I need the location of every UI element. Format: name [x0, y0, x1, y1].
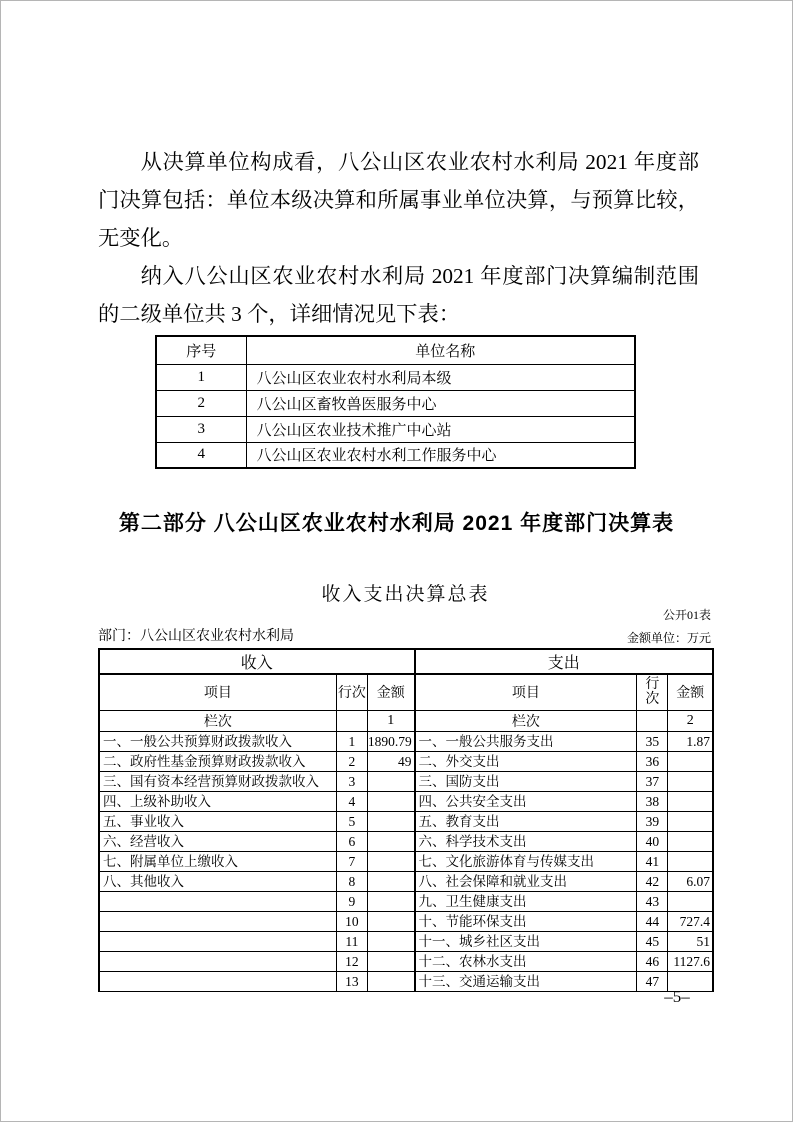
unit-no: 2 — [156, 390, 246, 416]
income-amount — [367, 791, 414, 811]
expense-line: 36 — [637, 751, 668, 771]
income-amount — [367, 831, 414, 851]
statement-section-header-row: 收入 支出 — [99, 649, 713, 674]
income-line: 6 — [336, 831, 367, 851]
expense-line: 41 — [637, 851, 668, 871]
statement-data-row: 五、事业收入 5 五、教育支出 39 — [99, 811, 713, 831]
expense-col-index: 2 — [668, 710, 713, 731]
section-title: 第二部分 八公山区农业农村水利局 2021 年度部门决算表 — [1, 507, 792, 537]
income-item — [99, 971, 336, 991]
income-line: 1 — [336, 731, 367, 751]
income-amount — [367, 971, 414, 991]
income-index-line-cell — [336, 710, 367, 731]
expense-line: 39 — [637, 811, 668, 831]
expense-line: 43 — [637, 891, 668, 911]
income-amount — [367, 891, 414, 911]
expense-item: 九、卫生健康支出 — [415, 891, 637, 911]
expense-amount — [668, 891, 713, 911]
income-item: 二、政府性基金预算财政拨款收入 — [99, 751, 336, 771]
income-line: 4 — [336, 791, 367, 811]
unit-name: 八公山区农业农村水利工作服务中心 — [246, 442, 635, 468]
statement-data-row: 八、其他收入 8 八、社会保障和就业支出 42 6.07 — [99, 871, 713, 891]
expense-item: 六、科学技术支出 — [415, 831, 637, 851]
income-amount — [367, 951, 414, 971]
paragraph-included-units: 纳入八公山区农业农村水利局 2021 年度部门决算编制范围的二级单位共 3 个，… — [98, 257, 699, 333]
expense-item: 十、节能环保支出 — [415, 911, 637, 931]
statement-data-row: 一、一般公共预算财政拨款收入 1 1890.79 一、一般公共服务支出 35 1… — [99, 731, 713, 751]
income-section-header: 收入 — [99, 649, 415, 674]
units-table: 序号 单位名称 1 八公山区农业农村水利局本级 2 八公山区畜牧兽医服务中心 3… — [155, 335, 636, 469]
expense-item-col-header: 项目 — [415, 674, 637, 710]
income-amount — [367, 771, 414, 791]
unit-no: 1 — [156, 364, 246, 390]
income-line: 9 — [336, 891, 367, 911]
income-line: 12 — [336, 951, 367, 971]
paragraph-decision-units: 从决算单位构成看，八公山区农业农村水利局 2021 年度部门决算包括：单位本级决… — [98, 143, 699, 257]
expense-section-header: 支出 — [415, 649, 714, 674]
statement-column-header-row: 项目 行次 金额 项目 行次 金额 — [99, 674, 713, 710]
statement-column-index-row: 栏次 1 栏次 2 — [99, 710, 713, 731]
income-line-col-header: 行次 — [336, 674, 367, 710]
income-item — [99, 891, 336, 911]
units-table-row: 1 八公山区农业农村水利局本级 — [156, 364, 635, 390]
expense-index-label: 栏次 — [415, 710, 637, 731]
form-number-label: 公开01表 — [663, 606, 711, 623]
expense-item: 十二、农林水支出 — [415, 951, 637, 971]
income-line: 7 — [336, 851, 367, 871]
expense-amount — [668, 751, 713, 771]
income-item — [99, 931, 336, 951]
statement-data-row: 二、政府性基金预算财政拨款收入 2 49 二、外交支出 36 — [99, 751, 713, 771]
statement-data-row: 七、附属单位上缴收入 7 七、文化旅游体育与传媒支出 41 — [99, 851, 713, 871]
income-col-index: 1 — [367, 710, 414, 731]
expense-amount — [668, 831, 713, 851]
expense-line: 42 — [637, 871, 668, 891]
income-line: 8 — [336, 871, 367, 891]
income-amount — [367, 871, 414, 891]
income-item: 七、附属单位上缴收入 — [99, 851, 336, 871]
expense-amount — [668, 771, 713, 791]
income-item: 四、上级补助收入 — [99, 791, 336, 811]
expense-amount: 51 — [668, 931, 713, 951]
income-amount — [367, 851, 414, 871]
statement-data-row: 三、国有资本经营预算财政拨款收入 3 三、国防支出 37 — [99, 771, 713, 791]
expense-item: 十三、交通运输支出 — [415, 971, 637, 991]
expense-amount: 727.4 — [668, 911, 713, 931]
income-line: 10 — [336, 911, 367, 931]
units-table-header-row: 序号 单位名称 — [156, 336, 635, 364]
expense-amount: 6.07 — [668, 871, 713, 891]
income-item — [99, 951, 336, 971]
income-item: 八、其他收入 — [99, 871, 336, 891]
expense-amount — [668, 791, 713, 811]
income-amount: 1890.79 — [367, 731, 414, 751]
units-header-no: 序号 — [156, 336, 246, 364]
amount-unit-label: 金额单位：万元 — [627, 629, 711, 646]
expense-amount-col-header: 金额 — [668, 674, 713, 710]
units-table-row: 2 八公山区畜牧兽医服务中心 — [156, 390, 635, 416]
statement-data-row: 10 十、节能环保支出 44 727.4 — [99, 911, 713, 931]
expense-item: 一、一般公共服务支出 — [415, 731, 637, 751]
expense-line: 35 — [637, 731, 668, 751]
income-item — [99, 911, 336, 931]
income-amount: 49 — [367, 751, 414, 771]
expense-item: 八、社会保障和就业支出 — [415, 871, 637, 891]
expense-amount — [668, 811, 713, 831]
expense-amount: 1.87 — [668, 731, 713, 751]
income-line: 5 — [336, 811, 367, 831]
statement-title: 收入支出决算总表 — [98, 579, 713, 606]
expense-item: 五、教育支出 — [415, 811, 637, 831]
statement-table: 收入 支出 项目 行次 金额 项目 行次 金额 栏次 1 栏次 2 一、一般公共… — [98, 648, 714, 992]
statement-data-row: 四、上级补助收入 4 四、公共安全支出 38 — [99, 791, 713, 811]
statement-data-row: 9 九、卫生健康支出 43 — [99, 891, 713, 911]
expense-item: 二、外交支出 — [415, 751, 637, 771]
unit-name: 八公山区农业技术推广中心站 — [246, 416, 635, 442]
income-item-col-header: 项目 — [99, 674, 336, 710]
expense-line: 44 — [637, 911, 668, 931]
unit-name: 八公山区畜牧兽医服务中心 — [246, 390, 635, 416]
income-amount — [367, 911, 414, 931]
income-line: 3 — [336, 771, 367, 791]
expense-line: 38 — [637, 791, 668, 811]
statement-data-row: 11 十一、城乡社区支出 45 51 — [99, 931, 713, 951]
expense-line: 46 — [637, 951, 668, 971]
expense-line: 40 — [637, 831, 668, 851]
expense-amount — [668, 851, 713, 871]
page-number: –5– — [649, 987, 705, 1007]
income-item: 一、一般公共预算财政拨款收入 — [99, 731, 336, 751]
expense-line: 45 — [637, 931, 668, 951]
expense-item: 七、文化旅游体育与传媒支出 — [415, 851, 637, 871]
statement-data-row: 六、经营收入 6 六、科学技术支出 40 — [99, 831, 713, 851]
expense-index-line-cell — [637, 710, 668, 731]
income-amount-col-header: 金额 — [367, 674, 414, 710]
income-amount — [367, 931, 414, 951]
statement-data-row: 13 十三、交通运输支出 47 — [99, 971, 713, 991]
income-line: 2 — [336, 751, 367, 771]
income-line: 11 — [336, 931, 367, 951]
expense-item: 四、公共安全支出 — [415, 791, 637, 811]
income-item: 三、国有资本经营预算财政拨款收入 — [99, 771, 336, 791]
unit-name: 八公山区农业农村水利局本级 — [246, 364, 635, 390]
units-table-row: 4 八公山区农业农村水利工作服务中心 — [156, 442, 635, 468]
expense-line-col-header: 行次 — [637, 674, 668, 710]
income-item: 五、事业收入 — [99, 811, 336, 831]
document-page: 从决算单位构成看，八公山区农业农村水利局 2021 年度部门决算包括：单位本级决… — [0, 0, 793, 1122]
unit-no: 3 — [156, 416, 246, 442]
expense-line: 37 — [637, 771, 668, 791]
income-amount — [367, 811, 414, 831]
units-table-row: 3 八公山区农业技术推广中心站 — [156, 416, 635, 442]
expense-item: 十一、城乡社区支出 — [415, 931, 637, 951]
statement-data-row: 12 十二、农林水支出 46 1127.6 — [99, 951, 713, 971]
department-label: 部门：八公山区农业农村水利局 — [98, 625, 294, 645]
units-header-name: 单位名称 — [246, 336, 635, 364]
expense-amount: 1127.6 — [668, 951, 713, 971]
body-text-block: 从决算单位构成看，八公山区农业农村水利局 2021 年度部门决算包括：单位本级决… — [98, 143, 699, 333]
income-line: 13 — [336, 971, 367, 991]
expense-item: 三、国防支出 — [415, 771, 637, 791]
unit-no: 4 — [156, 442, 246, 468]
income-index-label: 栏次 — [99, 710, 336, 731]
income-item: 六、经营收入 — [99, 831, 336, 851]
